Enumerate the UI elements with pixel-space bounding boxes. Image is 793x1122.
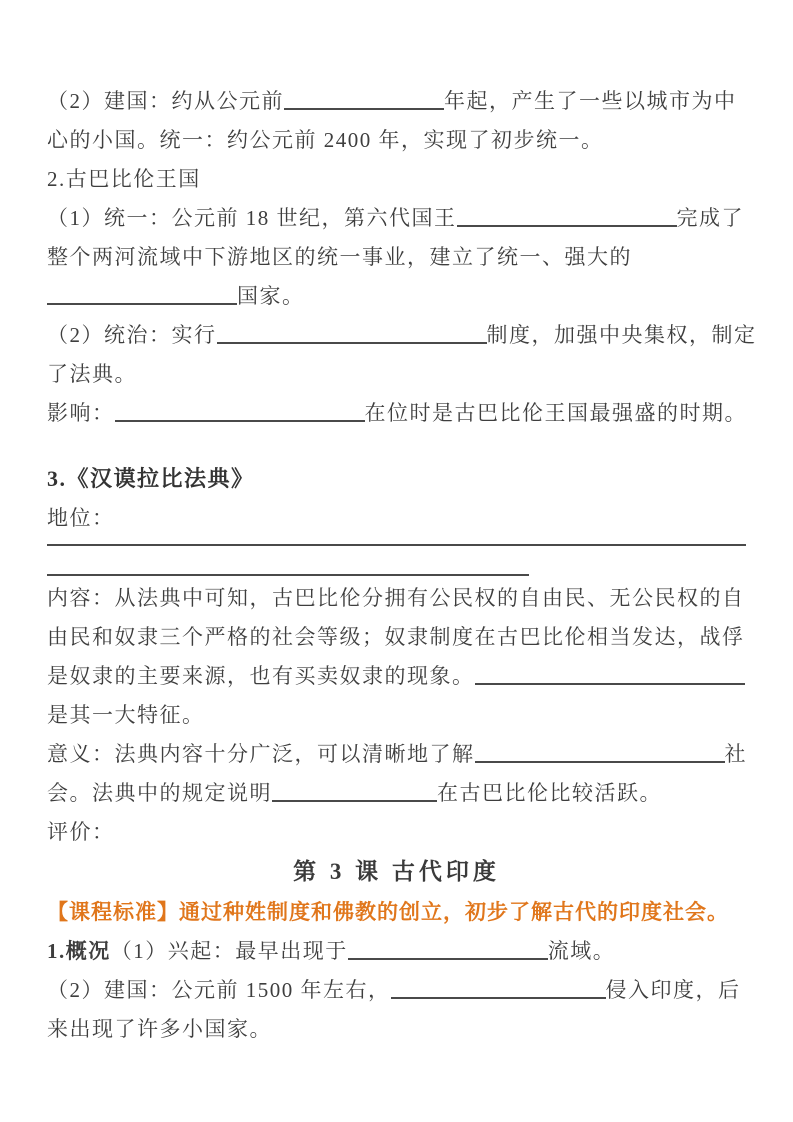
babylon-rule-pre-text: （2）统治：实行 (47, 323, 217, 347)
code-content-line1: 内容：从法典中可知，古巴比伦分拥有公民权的自由民、无公民权的自 (47, 579, 746, 618)
babylon-impact-post-text: 在位时是古巴比伦王国最强盛的时期。 (365, 401, 748, 425)
code-status-label: 地位： (47, 499, 746, 538)
code-meaning-line1: 意义：法典内容十分广泛，可以清晰地了解社 (47, 735, 746, 774)
worksheet-page: （2）建国：约从公元前年起，产生了一些以城市为中 心的小国。统一：约公元前 24… (0, 0, 793, 1122)
code-of-hammurabi-heading: 3.《汉谟拉比法典》 (47, 459, 746, 499)
code-evaluation-label: 评价： (47, 813, 746, 852)
babylon-rule-post-text: 制度，加强中央集权，制定 (487, 323, 757, 347)
blank-founding-year (284, 94, 444, 110)
babylon-heading: 2.古巴比伦王国 (47, 160, 746, 199)
india-rise-pre-text: （1）兴起：最早出现于 (111, 939, 348, 963)
blank-impact-ruler (115, 406, 365, 422)
blank-invaders (391, 983, 606, 999)
blank-river-valley (348, 944, 548, 960)
course-standard-line: 【课程标准】通过种姓制度和佛教的创立，初步了解古代的印度社会。 (47, 892, 746, 932)
code-meaning-post-text: 社 (725, 742, 748, 766)
india-rise-post-text: 流域。 (548, 939, 616, 963)
answer-line-full (47, 538, 746, 546)
sumer-founding-post-text: 年起，产生了一些以城市为中 (444, 89, 737, 113)
babylon-unify-line2: 整个两河流域中下游地区的统一事业，建立了统一、强大的 (47, 238, 746, 277)
babylon-rule-line1: （2）统治：实行制度，加强中央集权，制定 (47, 316, 746, 355)
code-content-line3: 是奴隶的主要来源，也有买卖奴隶的现象。 (47, 657, 746, 696)
babylon-unify-line3: 国家。 (47, 277, 746, 316)
babylon-unify-line1: （1）统一：公元前 18 世纪，第六代国王完成了 (47, 199, 746, 238)
sumer-founding-line2: 心的小国。统一：约公元前 2400 年，实现了初步统一。 (47, 121, 746, 160)
code-meaning-line2: 会。法典中的规定说明在古巴比伦比较活跃。 (47, 774, 746, 813)
india-overview-label: 1.概况 (47, 939, 111, 963)
blank-society-period (475, 747, 725, 763)
sumer-founding-pre-text: （2）建国：约从公元前 (47, 89, 284, 113)
babylon-rule-line2: 了法典。 (47, 355, 746, 394)
code-content-line3-text: 是奴隶的主要来源，也有买卖奴隶的现象。 (47, 664, 475, 688)
code-meaning-pre-text: 意义：法典内容十分广泛，可以清晰地了解 (47, 742, 475, 766)
code-meaning2-post-text: 在古巴比伦比较活跃。 (437, 781, 662, 805)
babylon-impact-pre-text: 影响： (47, 401, 115, 425)
blank-political-system (217, 328, 487, 344)
code-content-line4: 是其一大特征。 (47, 696, 746, 735)
code-content-line2: 由民和奴隶三个严格的社会等级；奴隶制度在古巴比伦相当发达，战俘 (47, 618, 746, 657)
babylon-unify-pre-text: （1）统一：公元前 18 世纪，第六代国王 (47, 206, 457, 230)
india-overview-line1: 1.概况（1）兴起：最早出现于流域。 (47, 932, 746, 971)
blank-state-type (47, 289, 237, 305)
babylon-unify-post-text: 完成了 (677, 206, 745, 230)
sumer-founding-line1: （2）建国：约从公元前年起，产生了一些以城市为中 (47, 82, 746, 121)
india-founding-post-text: 侵入印度，后 (606, 978, 741, 1002)
babylon-unify-line3-text: 国家。 (237, 284, 305, 308)
blank-active-trade (272, 786, 437, 802)
babylon-impact-line: 影响：在位时是古巴比伦王国最强盛的时期。 (47, 394, 746, 433)
blank-sixth-king (457, 211, 677, 227)
blank-code-feature (475, 669, 745, 685)
answer-line-partial (47, 546, 529, 576)
lesson3-title: 第 3 课 古代印度 (47, 852, 746, 892)
india-founding-pre-text: （2）建国：公元前 1500 年左右， (47, 978, 391, 1002)
india-founding-line2: 来出现了许多小国家。 (47, 1010, 746, 1049)
india-founding-line1: （2）建国：公元前 1500 年左右，侵入印度，后 (47, 971, 746, 1010)
code-meaning2-pre-text: 会。法典中的规定说明 (47, 781, 272, 805)
